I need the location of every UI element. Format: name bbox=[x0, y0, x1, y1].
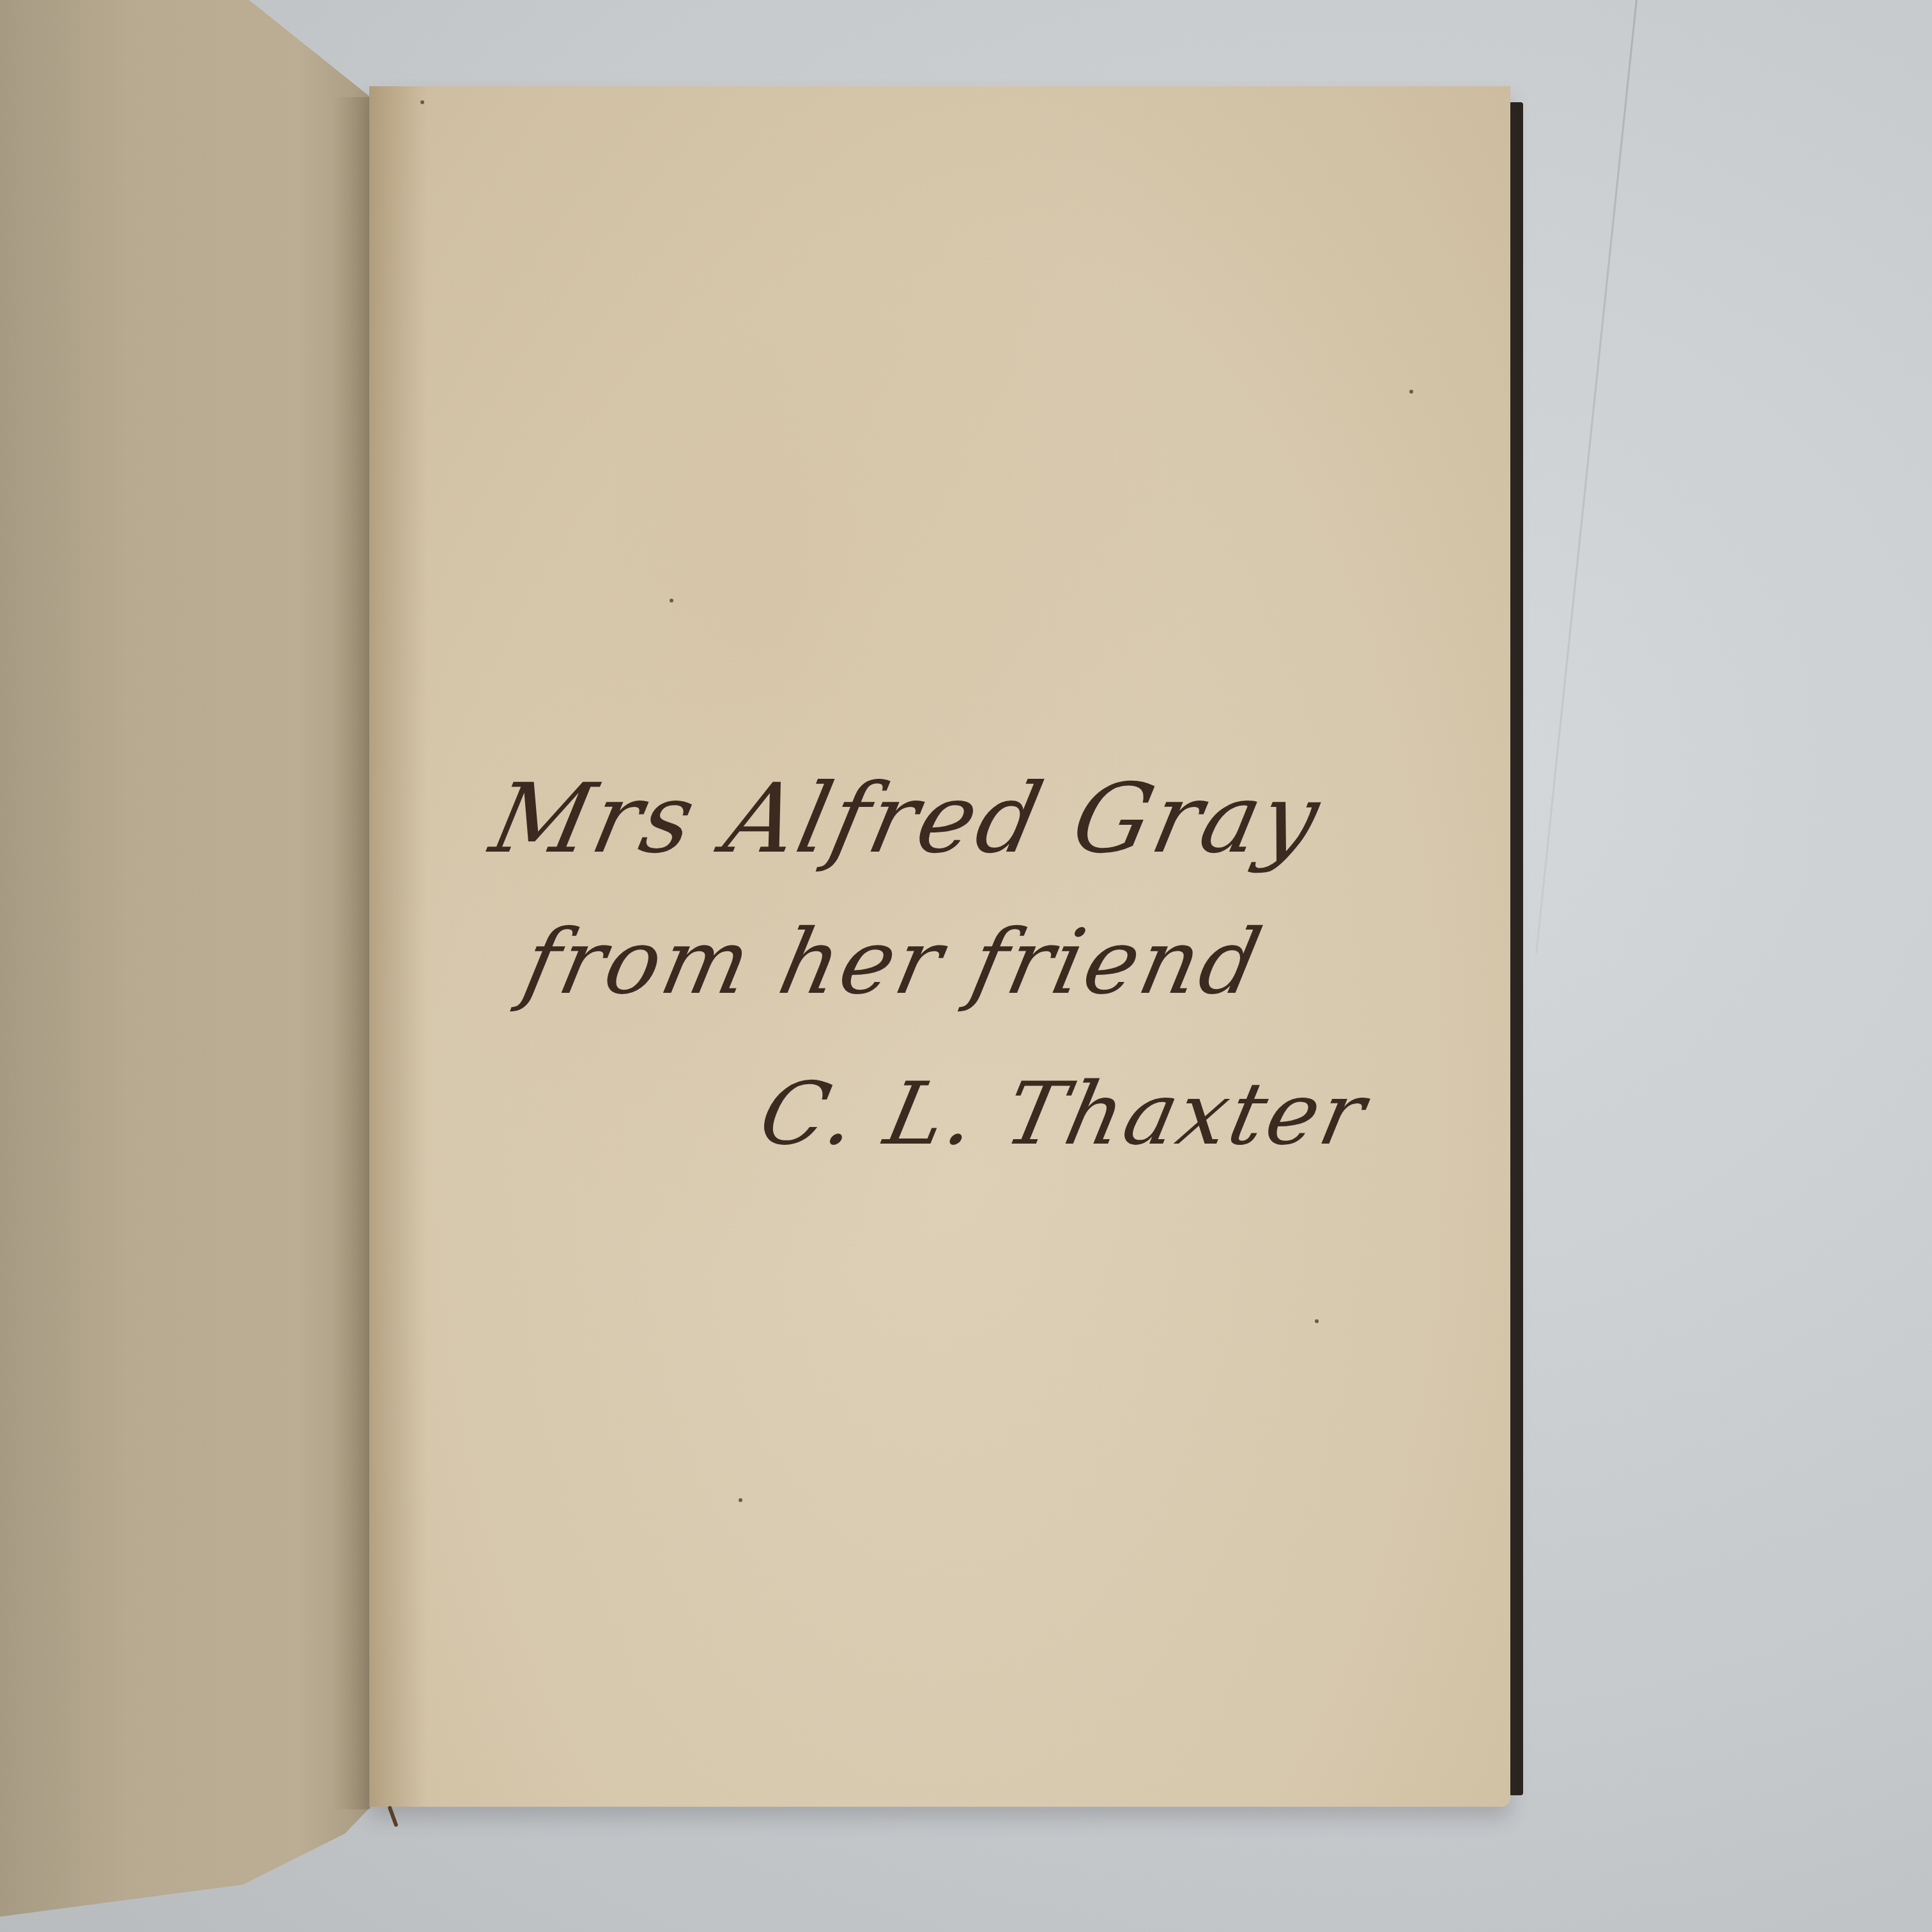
handwritten-inscription: Mrs Alfred Gray from her friend C. L. Th… bbox=[369, 86, 1510, 1807]
book-cover-edge bbox=[1509, 102, 1523, 1795]
right-page: Mrs Alfred Gray from her friend C. L. Th… bbox=[369, 86, 1510, 1807]
inscription-recipient: Mrs Alfred Gray bbox=[482, 763, 1331, 875]
gutter-shadow bbox=[332, 97, 371, 1809]
inscription-signature: C. L. Thaxter bbox=[751, 1064, 1376, 1164]
left-page bbox=[0, 0, 371, 1932]
inscription-from: from her friend bbox=[515, 910, 1273, 1015]
